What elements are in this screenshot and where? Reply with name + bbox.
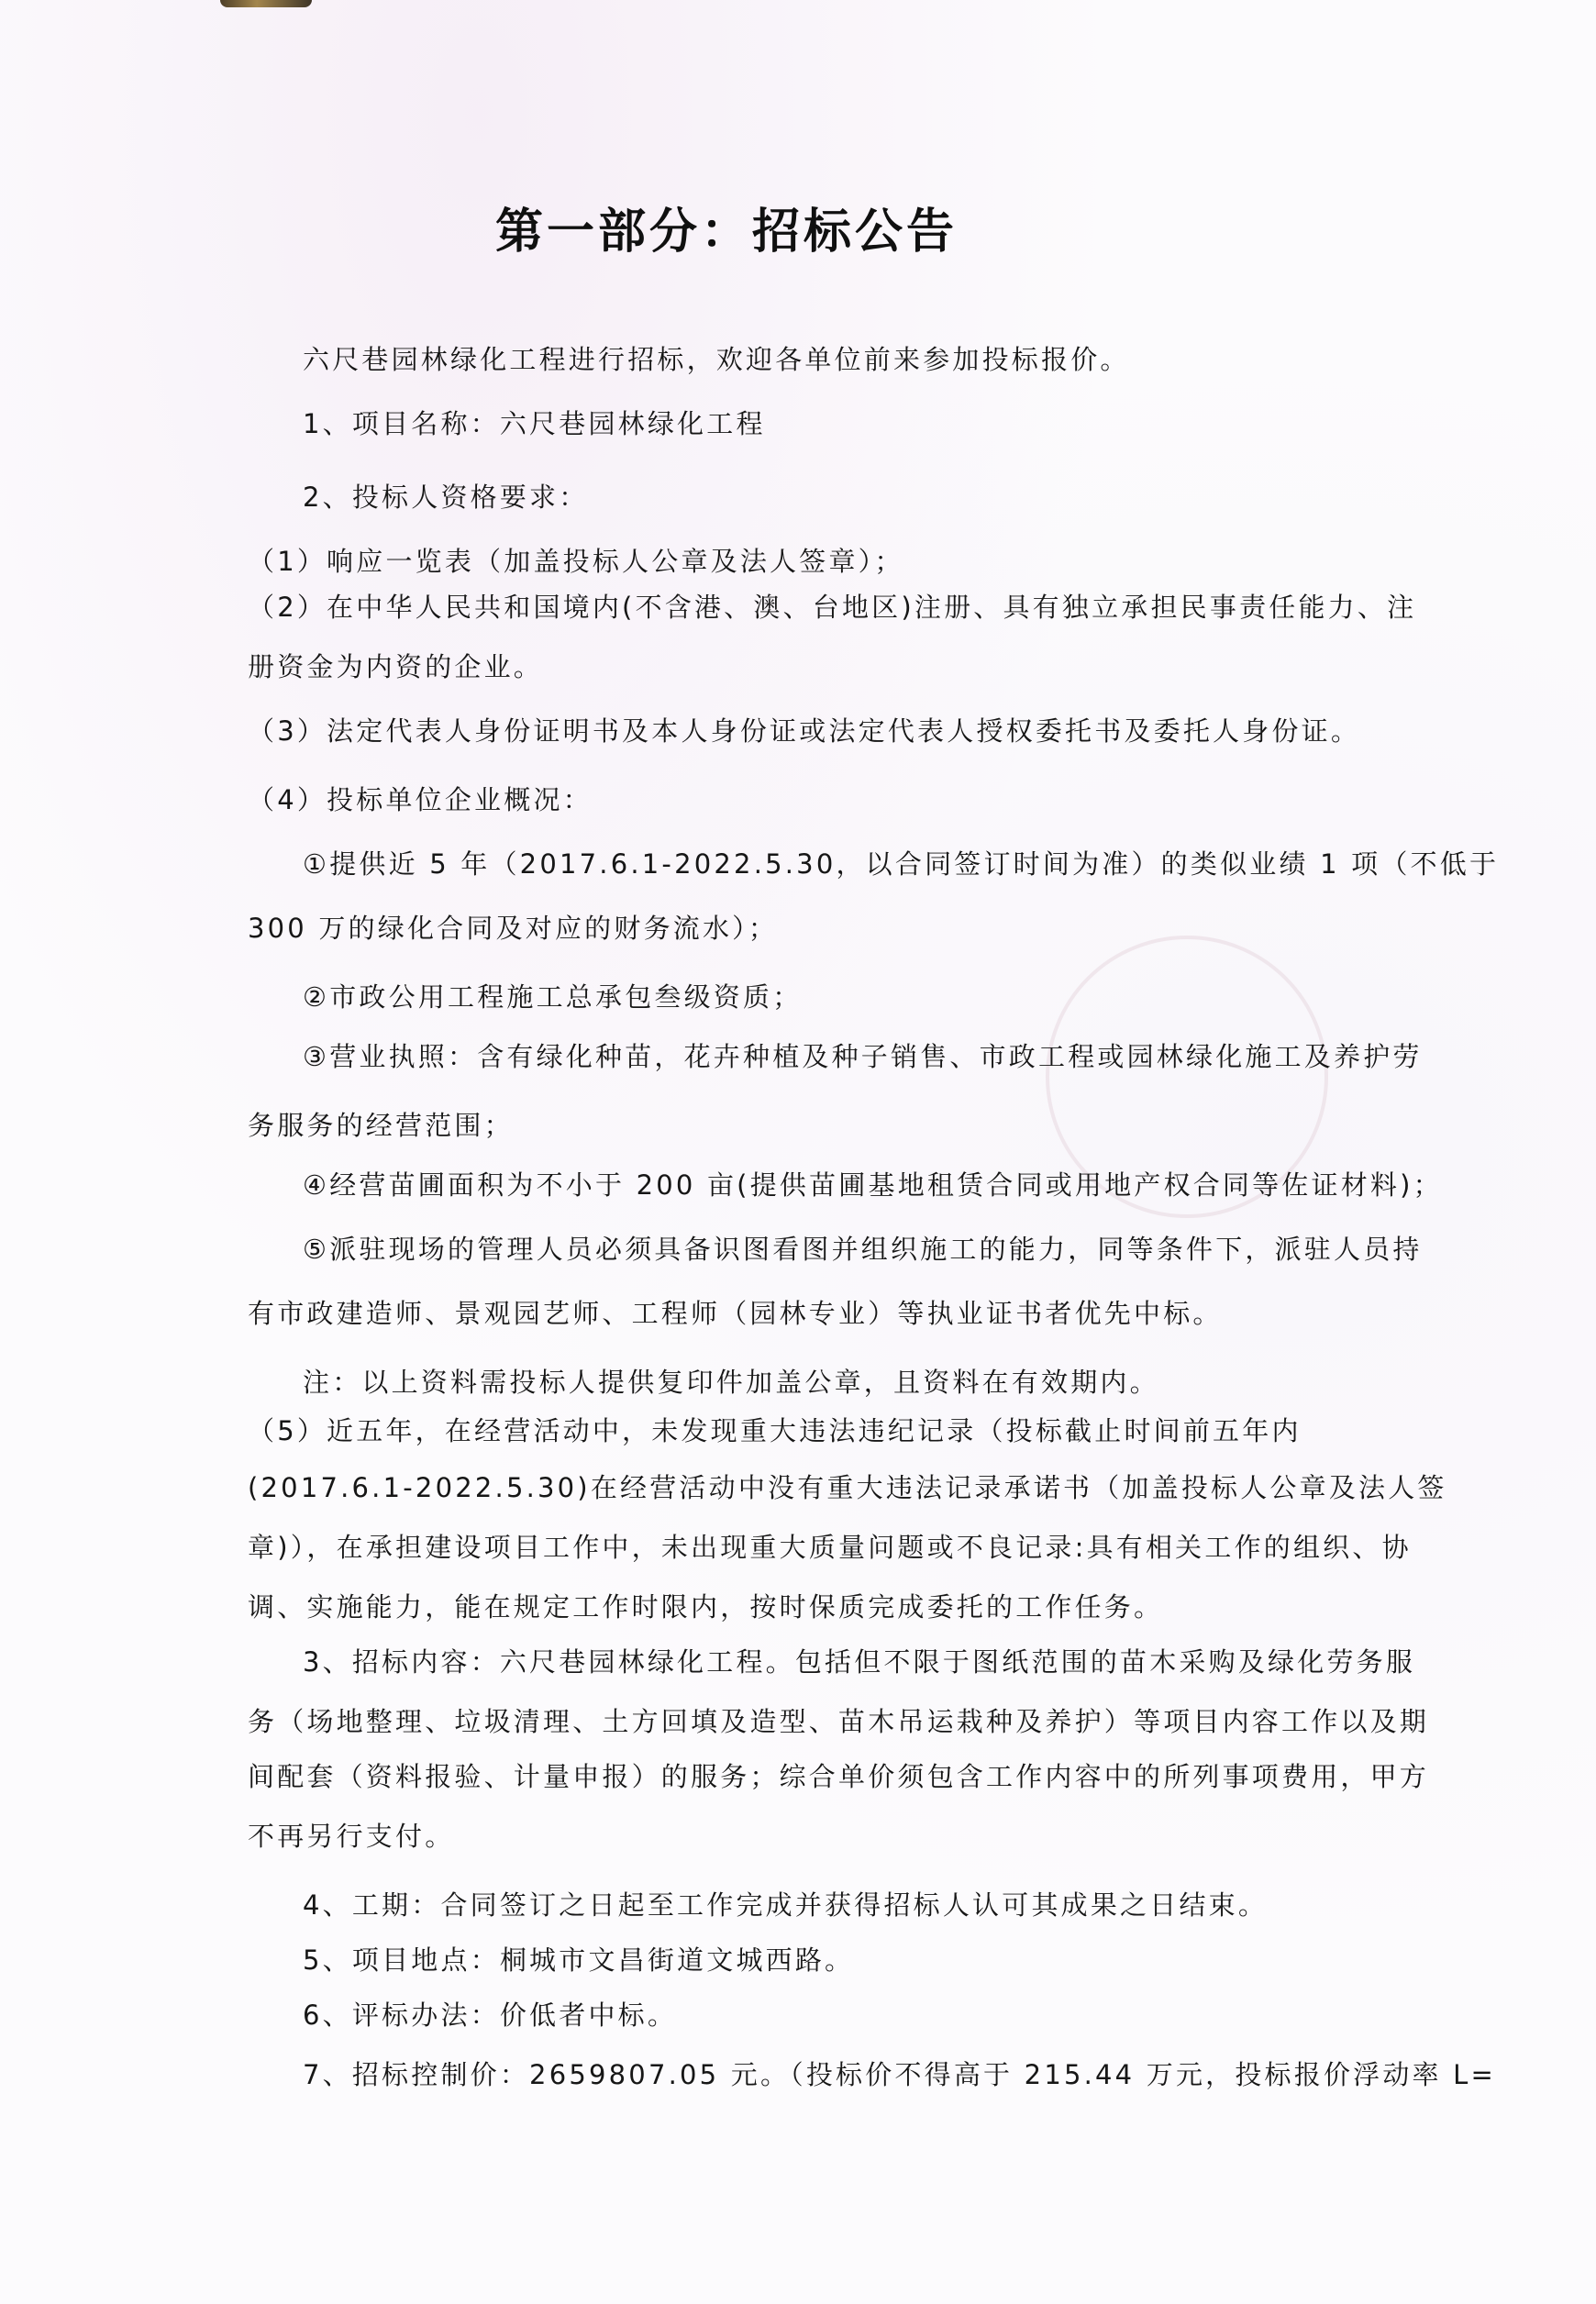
requirement-4-item-3-line-2: 务服务的经营范围； xyxy=(248,1105,514,1143)
requirement-5-line-2: (2017.6.1-2022.5.30)在经营活动中没有重大违法记录承诺书（加盖… xyxy=(248,1468,1447,1505)
requirement-3: （3）法定代表人身份证明书及本人身份证或法定代表人授权委托书及委托人身份证。 xyxy=(248,711,1360,748)
tender-content-line-4: 不再另行支付。 xyxy=(248,1816,454,1854)
qualification-heading: 2、投标人资格要求： xyxy=(303,477,588,515)
scan-edge-artifact xyxy=(220,0,312,7)
requirement-4-item-2: ②市政公用工程施工总承包叁级资质； xyxy=(303,977,802,1014)
tender-content-line-3: 间配套（资料报验、计量申报）的服务；综合单价须包含工作内容中的所列事项费用，甲方 xyxy=(248,1756,1429,1794)
requirement-1: （1）响应一览表（加盖投标人公章及法人签章）； xyxy=(248,541,904,579)
construction-period: 4、工期：合同签订之日起至工作完成并获得招标人认可其成果之日结束。 xyxy=(303,1885,1268,1922)
requirement-4-item-3-line-1: ③营业执照：含有绿化种苗，花卉种植及种子销售、市政工程或园林绿化施工及养护劳 xyxy=(303,1036,1423,1074)
requirement-2-line-1: （2）在中华人民共和国境内(不含港、澳、台地区)注册、具有独立承担民事责任能力、… xyxy=(248,587,1416,625)
tender-content-line-2: 务（场地整理、垃圾清理、土方回填及造型、苗木吊运栽种及养护）等项目内容工作以及期 xyxy=(248,1701,1429,1739)
requirement-4-heading: （4）投标单位企业概况： xyxy=(248,780,593,817)
requirement-4-item-1-line-1: ①提供近 5 年（2017.6.1-2022.5.30，以合同签订时间为准）的类… xyxy=(303,844,1499,881)
project-name: 1、项目名称：六尺巷园林绿化工程 xyxy=(303,404,766,441)
requirement-5-line-4: 调、实施能力，能在规定工作时限内，按时保质完成委托的工作任务。 xyxy=(248,1587,1163,1624)
evaluation-method: 6、评标办法：价低者中标。 xyxy=(303,1995,677,2033)
requirement-4-item-1-line-2: 300 万的绿化合同及对应的财务流水）； xyxy=(248,908,778,946)
requirement-4-item-5-line-1: ⑤派驻现场的管理人员必须具备识图看图并组织施工的能力，同等条件下，派驻人员持 xyxy=(303,1229,1423,1267)
intro-paragraph: 六尺巷园林绿化工程进行招标，欢迎各单位前来参加投标报价。 xyxy=(303,339,1130,377)
requirement-5-line-3: 章)），在承担建设项目工作中，未出现重大质量问题或不良记录:具有相关工作的组织、… xyxy=(248,1527,1412,1565)
requirement-2-line-2: 册资金为内资的企业。 xyxy=(248,647,543,684)
tender-content-line-1: 3、招标内容：六尺巷园林绿化工程。包括但不限于图纸范围的苗木采购及绿化劳务服 xyxy=(303,1642,1415,1679)
project-location: 5、项目地点：桐城市文昌街道文城西路。 xyxy=(303,1940,854,1977)
requirement-4-item-5-line-2: 有市政建造师、景观园艺师、工程师（园林专业）等执业证书者优先中标。 xyxy=(248,1293,1223,1331)
page-title: 第一部分：招标公告 xyxy=(495,193,958,261)
control-price: 7、招标控制价：2659807.05 元。（投标价不得高于 215.44 万元，… xyxy=(303,2055,1496,2092)
note: 注：以上资料需投标人提供复印件加盖公章，且资料在有效期内。 xyxy=(303,1362,1159,1400)
requirement-4-item-4: ④经营苗圃面积为不小于 200 亩(提供苗圃基地租赁合同或用地产权合同等佐证材料… xyxy=(303,1165,1443,1202)
requirement-5-line-1: （5）近五年，在经营活动中，未发现重大违法违纪记录（投标截止时间前五年内 xyxy=(248,1411,1302,1448)
